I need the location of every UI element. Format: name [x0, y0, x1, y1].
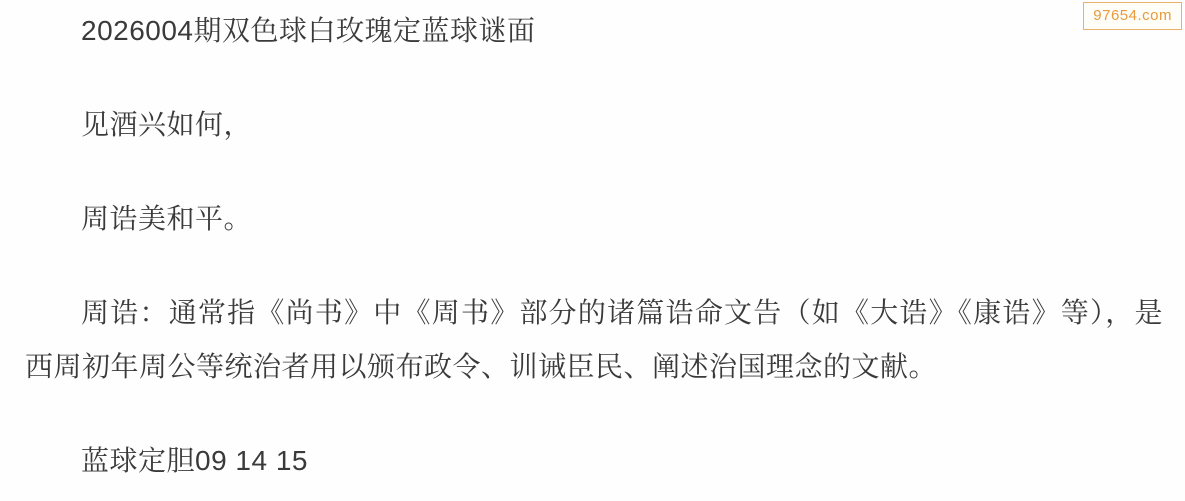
article-page: 97654.com 2026004期双色球白玫瑰定蓝球谜面 见酒兴如何， 周诰美… [0, 0, 1185, 501]
blue-ball-prediction: 蓝球定胆09 14 15 [25, 434, 1163, 488]
riddle-line-1: 见酒兴如何， [25, 98, 1163, 152]
article-content: 2026004期双色球白玫瑰定蓝球谜面 见酒兴如何， 周诰美和平。 周诰：通常指… [0, 0, 1185, 488]
site-watermark-label: 97654.com [1093, 7, 1172, 24]
explanation-paragraph: 周诰：通常指《尚书》中《周书》部分的诸篇诰命文告（如《大诰》《康诰》等），是西周… [25, 286, 1163, 394]
riddle-line-2: 周诰美和平。 [25, 192, 1163, 246]
article-title: 2026004期双色球白玫瑰定蓝球谜面 [25, 4, 1163, 58]
site-watermark: 97654.com [1083, 2, 1182, 30]
